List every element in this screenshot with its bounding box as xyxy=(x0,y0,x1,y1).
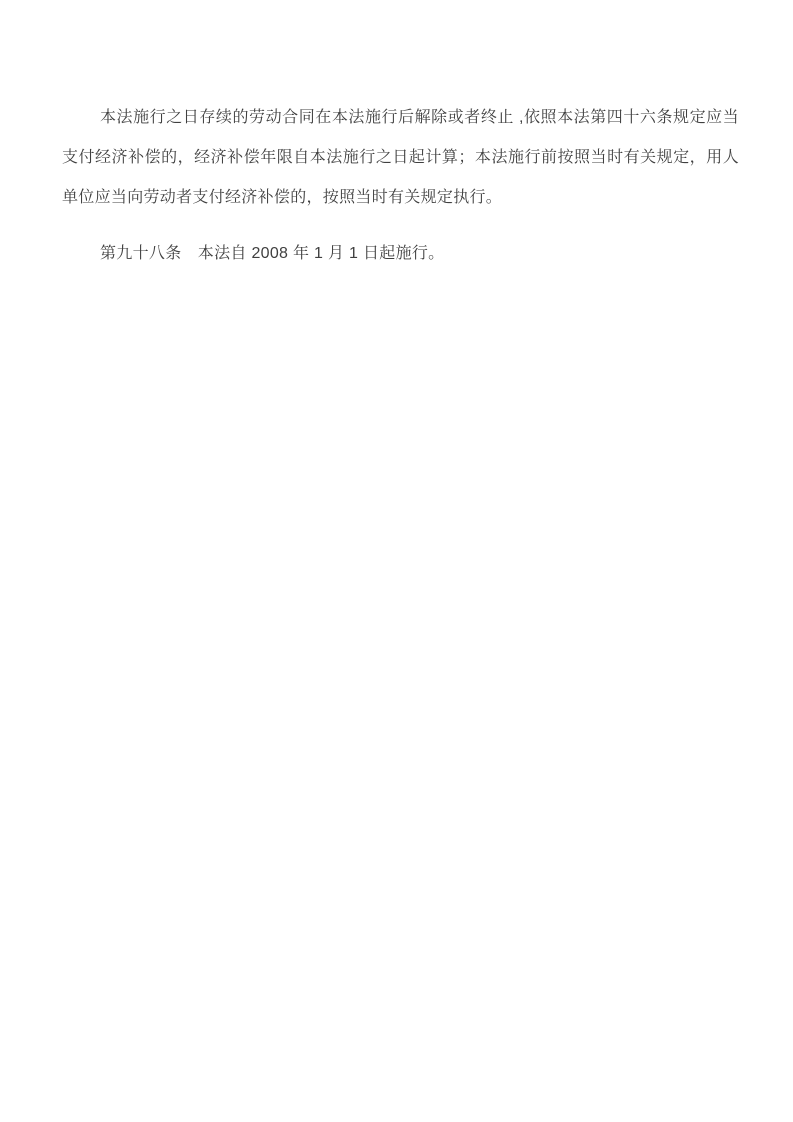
law-paragraph-transition-provision: 本法施行之日存续的劳动合同在本法施行后解除或者终止 ,依照本法第四十六条规定应当… xyxy=(62,98,739,218)
document-page: 本法施行之日存续的劳动合同在本法施行后解除或者终止 ,依照本法第四十六条规定应当… xyxy=(0,0,793,1122)
law-paragraph-article-98: 第九十八条 本法自 2008 年 1 月 1 日起施行。 xyxy=(62,234,739,274)
